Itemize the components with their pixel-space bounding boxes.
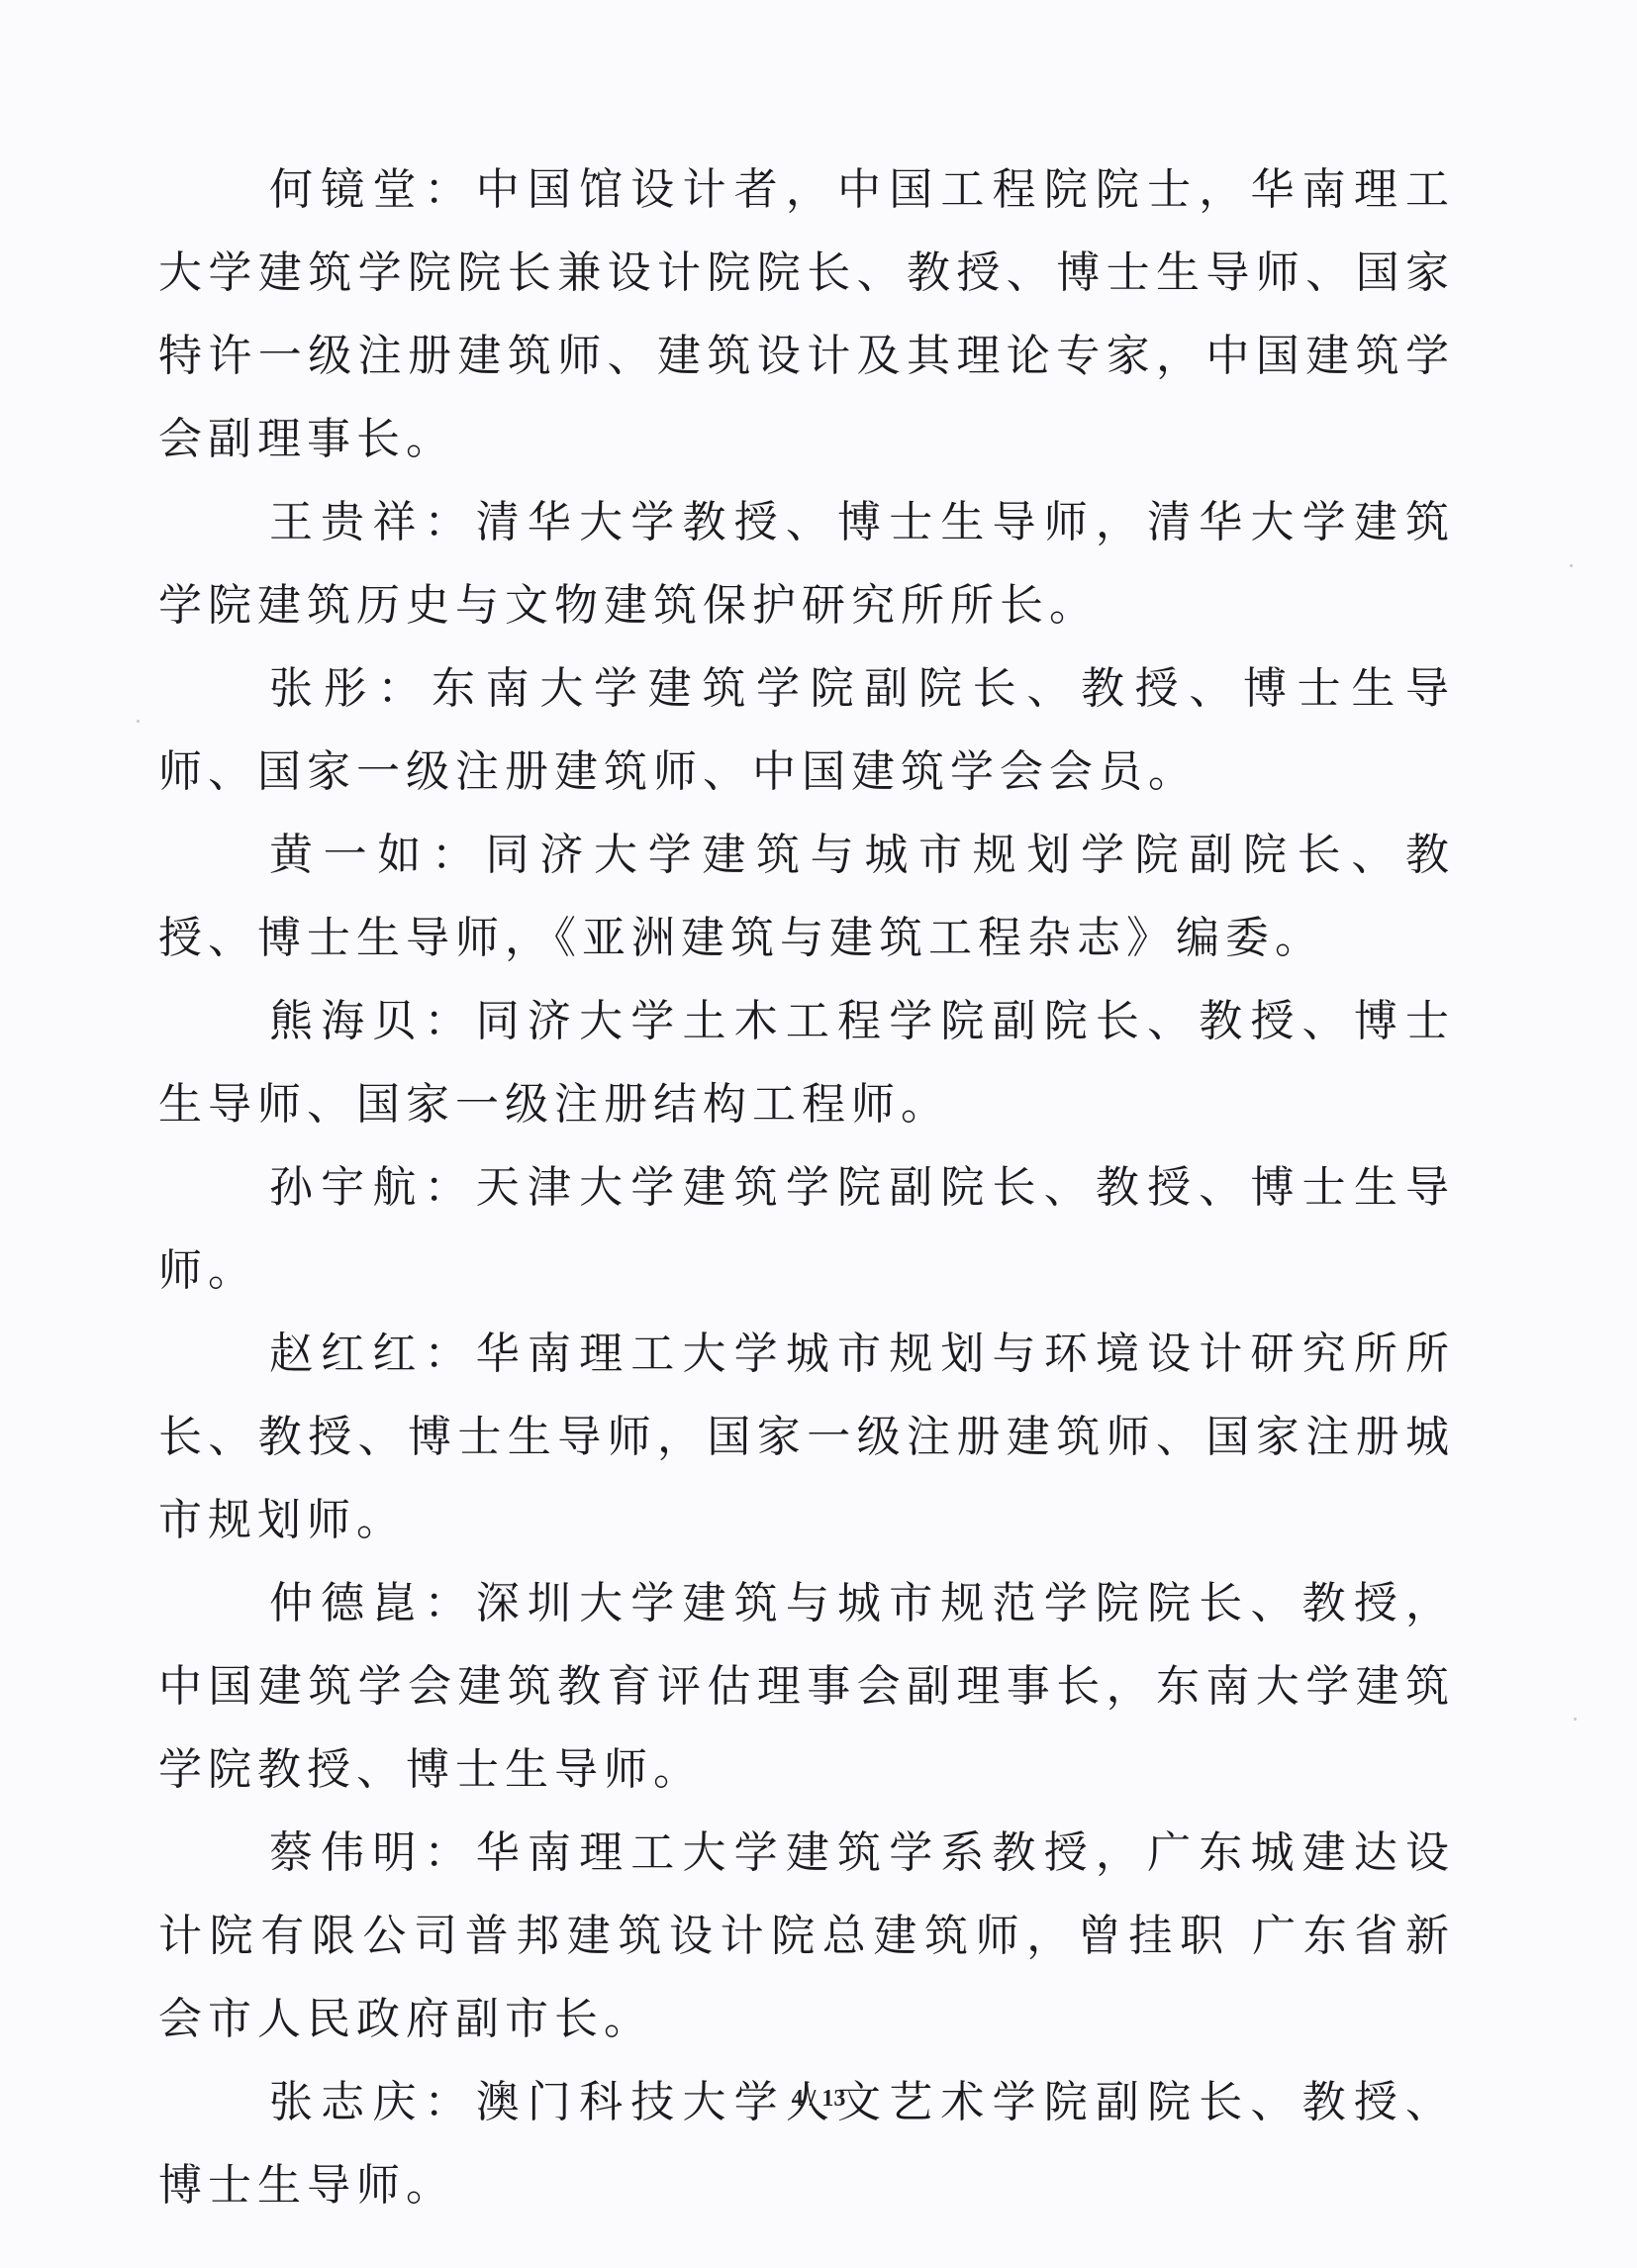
- expert-name: 张彤: [269, 663, 377, 714]
- expert-name: 赵红红: [269, 1329, 425, 1379]
- expert-entry-huang-yiru: 黄一如：同济大学建筑与城市规划学院副院长、教授、博士生导师，《亚洲建筑与建筑工程…: [158, 814, 1455, 980]
- scan-speck-decoration: [137, 720, 140, 723]
- expert-entry-cai-weiming: 蔡伟明：华南理工大学建筑学系教授，广东城建达设计院有限公司普邦建筑设计院总建筑师…: [158, 1812, 1455, 2061]
- page-number: 4 / 13: [0, 2086, 1637, 2113]
- expert-name: 孙宇航: [269, 1162, 425, 1213]
- name-separator: ：: [425, 164, 476, 215]
- name-separator: ：: [425, 1162, 476, 1213]
- expert-entry-xiong-haibei: 熊海贝：同济大学土木工程学院副院长、教授、博士生导师、国家一级注册结构工程师。: [158, 980, 1455, 1146]
- expert-entry-wang-guixiang: 王贵祥：清华大学教授、博士生导师，清华大学建筑学院建筑历史与文物建筑保护研究所所…: [158, 481, 1455, 647]
- name-separator: ：: [425, 1329, 476, 1379]
- expert-name: 熊海贝: [269, 996, 425, 1046]
- expert-entry-zhong-dekun: 仲德崑：深圳大学建筑与城市规范学院院长、教授，中国建筑学会建筑教育评估理事会副理…: [158, 1562, 1455, 1812]
- name-separator: ：: [425, 1578, 476, 1628]
- name-separator: ：: [432, 830, 486, 880]
- scan-speck-decoration: [1574, 1718, 1577, 1721]
- expert-entry-zhang-tong: 张彤：东南大学建筑学院副院长、教授、博士生导师、国家一级注册建筑师、中国建筑学会…: [158, 647, 1455, 814]
- expert-entry-zhao-honghong: 赵红红：华南理工大学城市规划与环境设计研究所所长、教授、博士生导师，国家一级注册…: [158, 1313, 1455, 1562]
- name-separator: ：: [377, 663, 432, 714]
- name-separator: ：: [425, 497, 476, 547]
- name-separator: ：: [425, 1827, 476, 1878]
- expert-entry-he-jingtang: 何镜堂：中国馆设计者，中国工程院院士，华南理工大学建筑学院院长兼设计院院长、教授…: [158, 148, 1455, 481]
- document-body: 何镜堂：中国馆设计者，中国工程院院士，华南理工大学建筑学院院长兼设计院院长、教授…: [158, 148, 1455, 2227]
- expert-name: 何镜堂: [269, 164, 425, 215]
- expert-name: 仲德崑: [269, 1578, 425, 1628]
- expert-name: 王贵祥: [269, 497, 425, 547]
- expert-name: 蔡伟明: [269, 1827, 425, 1878]
- expert-entry-sun-yuhang: 孙宇航：天津大学建筑学院副院长、教授、博士生导师。: [158, 1146, 1455, 1313]
- name-separator: ：: [425, 996, 476, 1046]
- expert-name: 黄一如: [269, 830, 432, 880]
- scan-speck-decoration: [1570, 564, 1573, 567]
